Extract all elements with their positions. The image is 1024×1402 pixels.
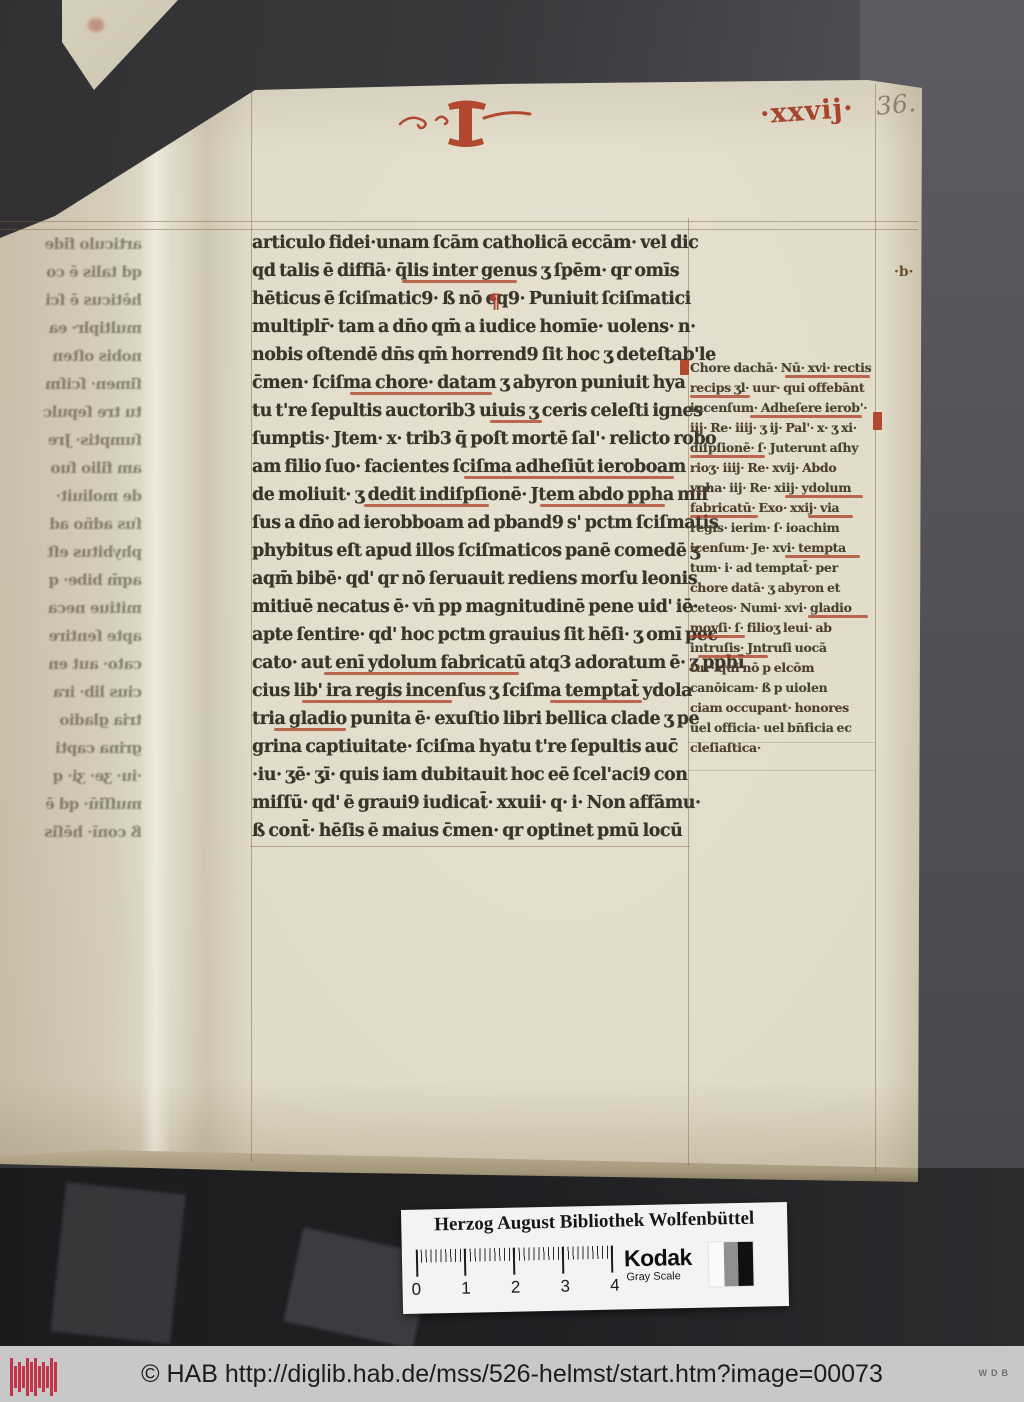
line-end-rubric-mark (873, 412, 882, 430)
red-underline (540, 504, 665, 507)
text-line: miſſū· qd' ē graui9 iudicat̄· xxuii· q· … (252, 789, 690, 817)
digitized-manuscript-photo: articulo fideqd talis ē cohēticus ē ſcim… (0, 0, 1024, 1402)
ruler: 01234 (416, 1246, 617, 1308)
wdb-watermark: WDB (979, 1368, 1013, 1378)
red-underline (785, 495, 863, 498)
showthrough-line: multiplr· ea (0, 314, 142, 342)
showthrough-line: ſumptis· Jre (0, 426, 142, 454)
gloss-line: tur· qui nō p elcōm (690, 658, 878, 678)
text-line: tu t're ſepultis auctorib3 uiuis ʒ ceris… (252, 397, 690, 425)
text-line: articulo fidei·unam ſcām catholicā eccām… (252, 229, 690, 257)
showthrough-text: articulo fideqd talis ē cohēticus ē ſcim… (0, 230, 142, 850)
red-underline (350, 392, 492, 395)
showthrough-line: qd talis ē co (0, 258, 142, 286)
ruler-number: 1 (461, 1279, 471, 1299)
book-cover-shadow (50, 1182, 185, 1344)
showthrough-line: mitiue neca (0, 594, 142, 622)
folio-number-red: ·xxvij· (759, 93, 855, 130)
red-underline (698, 655, 768, 658)
quire-mark: ·b· (894, 264, 914, 280)
ruler-number: 0 (411, 1280, 421, 1300)
text-line: phybitus eſt apud illos ſciſmaticos panē… (252, 537, 690, 565)
red-underline (464, 476, 674, 479)
text-line: apte ſentire· qd' hoc pctm grauius ſit h… (252, 621, 690, 649)
gloss-initial-mark (680, 360, 689, 375)
gloss-line: chore datā· ʒ abyron et (690, 578, 878, 598)
showthrough-line: nobis oſten (0, 342, 142, 370)
text-line: ſumptis· Jtem· x· trib3 q̄ poſt mortē ſa… (252, 425, 690, 453)
caption-bar: © HAB http://diglib.hab.de/mss/526-helms… (0, 1346, 1024, 1402)
text-line: nobis oſtendē dn̄s qm̄ horrend9 ſit hoc … (252, 341, 690, 369)
gloss-line: rioʒ· iiij· Re· xvij· Abdo (690, 458, 878, 478)
showthrough-line: cius lib· ira (0, 678, 142, 706)
ruler-number: 4 (610, 1275, 620, 1295)
showthrough-line: tu tre ſepulc (0, 398, 142, 426)
red-underline (750, 415, 862, 418)
showthrough-line: articulo fide (0, 230, 142, 258)
red-underline (550, 700, 642, 703)
gloss-line: uel officia· uel bn̄ficia ec (690, 718, 878, 738)
red-underline (302, 700, 452, 703)
showthrough-line: tria gladio (0, 706, 142, 734)
showthrough-line: cato· aut en (0, 650, 142, 678)
running-title-ornament (396, 92, 532, 154)
marginal-gloss: Chore dachā· Nū· xvi· rectisrecips ʒl· u… (690, 358, 878, 768)
red-underline (364, 504, 489, 507)
gloss-line: canōicam· ß p uiolen (690, 678, 878, 698)
white-chip (709, 1242, 725, 1286)
ruler-number: 2 (511, 1278, 521, 1298)
registration-mark (10, 1356, 57, 1398)
red-underline (785, 375, 870, 378)
showthrough-line: de moliuit· (0, 482, 142, 510)
showthrough-line: ſimen· ſciſm (0, 370, 142, 398)
showthrough-line: ſus adn̄o ad (0, 510, 142, 538)
kodak-brand: Kodak (624, 1244, 692, 1272)
gray-chip (723, 1242, 739, 1286)
gray-scale-label: Gray Scale (626, 1270, 681, 1283)
showthrough-line: apte ſentire (0, 622, 142, 650)
red-underline (808, 615, 868, 618)
adjacent-leaf-corner (0, 0, 200, 100)
red-underline (690, 515, 758, 518)
red-underline (690, 635, 745, 638)
text-line: mitiuē necatus ē· vn̄ pp magnitudinē pen… (252, 593, 690, 621)
red-underline (402, 280, 517, 283)
red-underline (324, 672, 519, 675)
institution-name: Herzog August Bibliothek Wolfenbüttel (401, 1207, 787, 1237)
showthrough-line: aqm̄ bibe· q (0, 566, 142, 594)
text-line: grina captiuitate· ſciſma hyatu t're ſep… (252, 733, 690, 761)
gray-scale-chips (708, 1241, 755, 1288)
red-underline (490, 420, 542, 423)
showthrough-line: muſſiū· qd ē (0, 790, 142, 818)
red-underline (274, 728, 346, 731)
text-line: multiplr̄· tam a dn̄o qm̄ a iudice homīe… (252, 313, 690, 341)
main-text-block: ¶ articulo fidei·unam ſcām catholicā ecc… (252, 229, 690, 849)
showthrough-line: hēticus ē ſci (0, 286, 142, 314)
ruling-line-h (688, 770, 876, 771)
black-chip (738, 1242, 754, 1286)
ruling-line-h (0, 221, 918, 222)
showthrough-line: grina capti (0, 734, 142, 762)
calibration-card: Herzog August Bibliothek Wolfenbüttel 01… (401, 1202, 789, 1314)
ruler-numbers: 01234 (411, 1275, 619, 1299)
showthrough-line: am filio ſuo (0, 454, 142, 482)
page-number-pencil: 36. (875, 88, 918, 121)
gloss-line: cleſiaſtica· (690, 738, 878, 758)
text-line: ß cont̄· hēſis ē maius c̄men· qr optinet… (252, 817, 690, 845)
red-underline (808, 515, 853, 518)
gloss-line: regis· ierim· ſ· ioachim (690, 518, 878, 538)
text-line: hēticus ē ſciſmatic9· ß nō eq9· Puniuit … (252, 285, 690, 313)
text-line: ·iu· ʒē· ʒī· quis iam dubitauit hoc eē ſ… (252, 761, 690, 789)
showthrough-line: phybitus eſt (0, 538, 142, 566)
gloss-line: tum· i· ad temptat̄· per (690, 558, 878, 578)
red-underline (690, 395, 750, 398)
red-underline (785, 555, 860, 558)
gloss-line: iij· Re· iiij· ʒ ij· Pal'· x· ʒ xi· (690, 418, 878, 438)
copyright-url: © HAB http://diglib.hab.de/mss/526-helms… (0, 1346, 1024, 1402)
red-ink-smudge (88, 18, 104, 32)
showthrough-line: ·iu· ʒe· ʒi· q (0, 762, 142, 790)
showthrough-line: ß conī· hēſis (0, 818, 142, 846)
pilcrow-rubric: ¶ (488, 287, 500, 315)
ruler-number: 3 (560, 1277, 570, 1297)
gloss-line: ciam occupant· honores (690, 698, 878, 718)
text-line: ſus a dn̄o ad ierobboam ad pband9 s' pct… (252, 509, 690, 537)
text-line: aqm̄ bibē· qd' qr nō ſeruauit rediens mo… (252, 565, 690, 593)
red-underline (690, 455, 765, 458)
